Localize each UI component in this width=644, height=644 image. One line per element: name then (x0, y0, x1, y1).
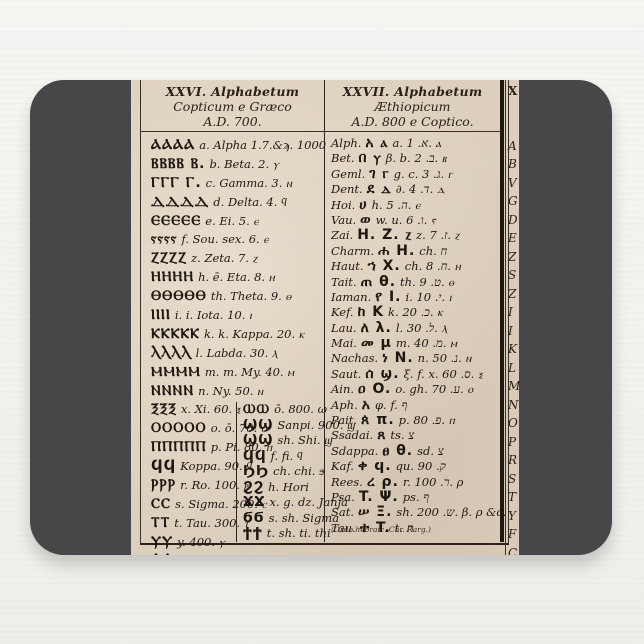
ethiopic-value: ts. צ (390, 428, 414, 443)
ethiopic-letter-name: Haut. (331, 259, 364, 274)
coptic-letter-name: ch. chi. ϧ (273, 464, 324, 480)
coptic-glyphs: ⲪⲪ (151, 552, 174, 555)
coptic-glyphs: ⲈⲈⲈⲈⲈ (151, 212, 201, 231)
partial-column-letter: O (506, 414, 520, 433)
partial-column-letter: S (506, 470, 520, 489)
coptic-glyphs: ⲂⲂⲂⲂ Ⲃ. (151, 155, 205, 174)
ethiopic-value: th. ט. 9. ⲑ (400, 275, 454, 290)
coptic-glyphs: ϤϤ (151, 457, 176, 476)
ethiopic-value: w. u. ו. 6. ⲋ (376, 213, 436, 228)
column-ethiopic: XXVII. Alphabetum Æthiopicum A.D. 800 e … (325, 80, 504, 542)
ethiopic-row: Lau.ለ λ.l. ל. 30. ⲗ (331, 321, 500, 336)
coptic-glyphs: ⲚⲚⲚⲚ (151, 382, 194, 401)
ethiopic-glyphs: ሐ H. (378, 244, 415, 259)
ethiopic-glyphs: ረ ρ. (367, 475, 399, 490)
ethiopic-value: sd. צ (417, 444, 444, 459)
coptic-row: ⲆⲆⲆⲆd. Delta. 4. ϥ (151, 193, 324, 212)
partial-column-letter: D (506, 211, 520, 230)
ethiopic-value: r. ר. 100. ρ (403, 475, 464, 490)
partial-column-letter: E (506, 229, 520, 248)
coptic-row: ⲒⲒⲒⲒi. i. Iota. 10. ⲓ (151, 306, 324, 325)
coptic-subtable: ⲰⲰō. 800. ωϢϢSanpi. 900. ϣϢϢsh. Shi. ϣϤϤ… (236, 402, 325, 542)
coptic-row: ⲈⲈⲈⲈⲈe. Ei. 5. ⲉ (151, 212, 324, 231)
coptic-glyphs: ⲀⲀⲀⲀ (151, 136, 195, 155)
ethiopic-value: ch. ח. 8. ⲏ (405, 259, 461, 274)
ethiopic-letter-name: Mai. (331, 336, 357, 351)
coptic-glyphs: ϮϮ (243, 526, 263, 542)
coptic-row: ⲂⲂⲂⲂ Ⲃ.b. Beta. 2. ⲩ (151, 155, 324, 174)
ethiopic-value: qu. ק. 90 (396, 459, 446, 474)
column-coptic: XXVI. Alphabetum Copticum e Græco A.D. 7… (141, 80, 325, 542)
coptic-row: ⲖⲖⲖⲖl. Labda. 30. ⲗ (151, 344, 324, 363)
coptic-letter-name: ō. 800. ω (274, 402, 327, 418)
footnote: (Ordo hebraic. Chr. Rarg.) (331, 525, 431, 534)
partial-column-letter: S (506, 266, 520, 285)
ethiopic-value: k. כ. 20. ⲕ (388, 305, 442, 320)
coptic-subtable-row: ϮϮt. sh. ti. thi (237, 526, 325, 542)
ethiopic-glyphs: ጸ (377, 428, 386, 443)
coptic-glyphs: ⲘⲘⲘⲘ (151, 363, 201, 382)
ethiopic-rows: Alph.አ ⲁa. א. 1. ⲁBet.በ ⲩβ. b. ב. 2. ⲃGe… (325, 132, 500, 536)
coptic-letter-name: f. fi. ϥ (271, 449, 303, 465)
ethiopic-value: h. ה. 5. ⲉ (372, 198, 421, 213)
coptic-subtable-row: ϪϪx. g. dz. Janja (237, 495, 325, 511)
coptic-subtable-row: ϦϦch. chi. ϧ (237, 464, 325, 480)
ethiopic-letter-name: Zai. (331, 228, 353, 243)
ethiopic-glyphs: ቀ ϥ. (358, 459, 392, 474)
column-coptic-header: XXVI. Alphabetum Copticum e Græco A.D. 7… (141, 80, 324, 132)
coptic-letter-name: y. 400. ⲩ (177, 533, 225, 552)
partial-column-letter: G (506, 192, 520, 211)
coptic-letter-name: e. Ei. 5. ⲉ (205, 212, 258, 231)
ethiopic-glyphs: አ ⲁ (365, 136, 388, 151)
ethiopic-glyphs: ነ N. (382, 351, 413, 366)
ethiopic-glyphs: ደ ⲇ (367, 182, 392, 197)
ethiopic-letter-name: Dent. (331, 182, 363, 197)
partial-column-letter: I (506, 303, 520, 322)
ethiopic-glyphs: ኀ X. (368, 259, 401, 274)
ethiopic-row: Zai.H. Z. ⲍz. ז. 7. ⲍ (331, 228, 500, 243)
ethiopic-glyphs: ገ ⲅ (369, 167, 389, 182)
ethiopic-glyphs: ፀ θ. (382, 444, 413, 459)
ethiopic-letter-name: Alph. (331, 136, 361, 151)
ethiopic-letter-name: Ain. (331, 382, 354, 397)
coptic-letter-name: n. Ny. 50. ⲛ (198, 382, 263, 401)
partial-column-letter: T (506, 488, 520, 507)
coptic-glyphs: ⲌⲌⲌⲌ (151, 249, 187, 268)
coptic-glyphs: ⲦⲦ (151, 514, 170, 533)
partial-column-letter: B (506, 155, 520, 174)
ethiopic-value: p. פ. 80. ⲡ (399, 413, 455, 428)
ethiopic-row: Hoi.ሀh. ה. 5. ⲉ (331, 198, 500, 213)
ethiopic-value: ξ. f. x. ס. 60. ⲝ (404, 367, 483, 382)
coptic-glyphs: ⲄⲄⲄ Ⲅ. (151, 174, 202, 193)
partial-column-letter: Z (506, 285, 520, 304)
coptic-row: ⲀⲀⲀⲀa. Alpha 1.7.&ϡ. 1000 (151, 136, 324, 155)
coptic-letter-name: x. Xi. 60. ⲝ (181, 400, 240, 419)
coptic-row: ⲋⲋⲋⲋf. Sou. sex. 6. ⲉ (151, 230, 324, 249)
coptic-letter-name: k. k. Kappa. 20. ⲕ (204, 325, 304, 344)
coptic-letter-name: m. m. My. 40. ⲙ (205, 363, 294, 382)
ethiopic-letter-name: Rees. (331, 475, 363, 490)
coptic-glyphs: ϪϪ (243, 495, 266, 511)
ethiopic-letter-name: Charm. (331, 244, 374, 259)
coptic-glyphs: ϨϨ (243, 480, 264, 496)
coptic-letter-name: d. Delta. 4. ϥ (213, 193, 287, 212)
coptic-subtable-row: ϢϢsh. Shi. ϣ (237, 433, 325, 449)
ethiopic-letter-name: Sdappa. (331, 444, 378, 459)
partial-column-letter: Y (506, 507, 520, 526)
coptic-row: ⲎⲎⲎⲎh. ē. Eta. 8. ⲏ (151, 268, 324, 287)
ethiopic-value: m. מ. 40. ⲙ (396, 336, 457, 351)
coptic-glyphs: ⲒⲒⲒⲒ (151, 306, 171, 325)
coptic-letter-name: t. sh. ti. thi (267, 526, 331, 542)
ethiopic-row: Dent.ደ ⲇ∂. ד. 4. ⲇ (331, 182, 500, 197)
coptic-letter-name: h. ē. Eta. 8. ⲏ (198, 268, 275, 287)
coptic-row: ⲔⲔⲔⲔⲔk. k. Kappa. 20. ⲕ (151, 325, 324, 344)
ethiopic-value: g. c. ג. 3. ⲅ (394, 167, 453, 182)
ethiopic-glyphs: ጠ θ. (361, 275, 396, 290)
coptic-letter-name: ph. Phi. 500. ⲫ (178, 552, 262, 555)
ethiopic-letter-name: Bet. (331, 151, 355, 166)
coptic-glyphs: ϢϢ (243, 433, 273, 449)
ethiopic-row: Aph.አφ. f. ף (331, 398, 500, 413)
partial-column-letter: F (506, 525, 520, 544)
coptic-glyphs: ⲐⲐⲐⲐⲐ (151, 287, 207, 306)
coptic-glyphs: ϦϦ (243, 464, 269, 480)
coptic-glyphs: ⲨⲨ (151, 533, 173, 552)
ethiopic-letter-name: Vau. (331, 213, 356, 228)
ethiopic-letter-name: Lau. (331, 321, 357, 336)
coptic-glyphs: ⲤⲤ (151, 495, 171, 514)
ethiopic-letter-name: Nachas. (331, 351, 378, 366)
ethiopic-value: i. י. 10. ⲓ (405, 290, 451, 305)
coptic-subtable-row: ϬϬs. sh. Sigma (237, 511, 325, 527)
partial-column-letter: I (506, 322, 520, 341)
alphabet-print: XXVI. Alphabetum Copticum e Græco A.D. 7… (131, 80, 519, 555)
coptic-glyphs: ⲰⲰ (243, 402, 270, 418)
coptic-letter-name: i. i. Iota. 10. ⲓ (175, 306, 252, 325)
column-ethiopic-title: XXVII. Alphabetum (325, 84, 500, 99)
ethiopic-row: Kef.ከ Kk. כ. 20. ⲕ (331, 305, 500, 320)
partial-column-letter: N (506, 396, 520, 415)
ethiopic-row: Sat.ሠ Ξ.sh. ש. 200. β. ρ &c. (331, 505, 500, 520)
coptic-letter-name: h. Hori (268, 480, 309, 496)
ethiopic-row: Ain.ዐ O.o. gh. ע. 70. ⲟ (331, 382, 500, 397)
ethiopic-letter-name: Kaf. (331, 459, 354, 474)
partial-column-letter: M (506, 377, 520, 396)
ethiopic-letter-name: Pait. (331, 413, 357, 428)
partial-column-letter: L (506, 359, 520, 378)
ethiopic-glyphs: በ ⲩ (359, 151, 382, 166)
coptic-row: ⲌⲌⲌⲌz. Zeta. 7. ⲍ (151, 249, 324, 268)
ethiopic-glyphs: ለ λ. (361, 321, 392, 336)
ethiopic-row: Psa.T. Ψ.ps. ף (331, 490, 500, 505)
ethiopic-glyphs: ወ (360, 213, 371, 228)
coptic-letter-name: a. Alpha 1.7.&ϡ. 1000 (199, 136, 326, 155)
ethiopic-letter-name: Ssadai. (331, 428, 373, 443)
ethiopic-value: ch. ח (419, 244, 447, 259)
column-coptic-date: A.D. 700. (141, 114, 324, 129)
ethiopic-glyphs: ከ K (358, 305, 384, 320)
ethiopic-glyphs: H. Z. ⲍ (357, 228, 412, 243)
ethiopic-row: Tait.ጠ θ.th. ט. 9. ⲑ (331, 275, 500, 290)
partial-column: X ABVGDEZSZIIKLMNOPRSTYFCC (505, 80, 520, 555)
mousepad: XXVI. Alphabetum Copticum e Græco A.D. 7… (30, 80, 612, 555)
ethiopic-row: Haut.ኀ X.ch. ח. 8. ⲏ (331, 259, 500, 274)
ethiopic-row: Sdappa.ፀ θ.sd. צ (331, 444, 500, 459)
partial-column-title: X (506, 80, 520, 101)
ethiopic-value: φ. f. ף (375, 398, 408, 413)
coptic-glyphs: ⲎⲎⲎⲎ (151, 268, 194, 287)
partial-column-letter: V (506, 174, 520, 193)
ethiopic-row: Vau.ወw. u. ו. 6. ⲋ (331, 213, 500, 228)
ethiopic-letter-name: Aph. (331, 398, 358, 413)
ethiopic-glyphs: መ μ (361, 336, 392, 351)
ethiopic-glyphs: የ I. (375, 290, 401, 305)
ethiopic-row: Charm.ሐ H.ch. ח (331, 244, 500, 259)
ethiopic-glyphs: ሀ (359, 198, 367, 213)
coptic-glyphs: ⲠⲠⲠⲠⲠ (151, 438, 207, 457)
ethiopic-value: l. ל. 30. ⲗ (396, 321, 447, 336)
ethiopic-row: Pait.ጰ π.p. פ. 80. ⲡ (331, 413, 500, 428)
partial-column-letter: K (506, 340, 520, 359)
ethiopic-value: ps. ף (403, 490, 430, 505)
ethiopic-glyphs: ጰ π. (361, 413, 395, 428)
ethiopic-glyphs: T. Ψ. (359, 490, 399, 505)
ethiopic-row: Bet.በ ⲩβ. b. ב. 2. ⲃ (331, 151, 500, 166)
ethiopic-letter-name: Saut. (331, 367, 361, 382)
coptic-glyphs: ⲢⲢⲢ (151, 476, 176, 495)
ethiopic-value: z. ז. 7. ⲍ (416, 228, 459, 243)
ethiopic-letter-name: Psa. (331, 490, 355, 505)
coptic-glyphs: ϬϬ (243, 511, 265, 527)
coptic-letter-name: c. Gamma. 3. ⲛ (206, 174, 292, 193)
ethiopic-row: Ssadai.ጸts. צ (331, 428, 500, 443)
column-ethiopic-date: A.D. 800 e Coptico. (325, 114, 500, 129)
partial-column-letter: P (506, 433, 520, 452)
ethiopic-value: o. gh. ע. 70. ⲟ (395, 382, 473, 397)
ethiopic-value: sh. ש. 200. β. ρ &c. (396, 505, 506, 520)
partial-column-rows: ABVGDEZSZIIKLMNOPRSTYFCC (506, 101, 520, 556)
ethiopic-letter-name: Hoi. (331, 198, 355, 213)
coptic-letter-name: b. Beta. 2. ⲩ (209, 155, 278, 174)
coptic-row: ⲄⲄⲄ Ⲅ.c. Gamma. 3. ⲛ (151, 174, 324, 193)
ethiopic-glyphs: አ (362, 398, 371, 413)
coptic-glyphs: ϤϤ (243, 449, 267, 465)
coptic-letter-name: z. Zeta. 7. ⲍ (191, 249, 257, 268)
ethiopic-letter-name: Sat. (331, 505, 354, 520)
column-ethiopic-header: XXVII. Alphabetum Æthiopicum A.D. 800 e … (325, 80, 500, 132)
coptic-subtable-row: ϤϤf. fi. ϥ (237, 449, 325, 465)
ethiopic-row: Nachas.ነ N.n. נ. 50. ⲛ (331, 351, 500, 366)
coptic-row: ⲘⲘⲘⲘm. m. My. 40. ⲙ (151, 363, 324, 382)
coptic-row: ⲚⲚⲚⲚn. Ny. 50. ⲛ (151, 382, 324, 401)
ethiopic-value: ∂. ד. 4. ⲇ (396, 182, 445, 197)
coptic-row: ϤϤKoppa. 90. ϥ (151, 457, 231, 476)
ethiopic-value: a. א. 1. ⲁ (393, 136, 442, 151)
ethiopic-row: Rees.ረ ρ.r. ר. 100. ρ (331, 475, 500, 490)
coptic-row: ⲐⲐⲐⲐⲐth. Theta. 9. ⲑ (151, 287, 324, 306)
partial-column-letter: Z (506, 248, 520, 267)
ethiopic-letter-name: Tait. (331, 275, 357, 290)
partial-column-letter: C (506, 544, 520, 556)
column-coptic-subtitle: Copticum e Græco (141, 99, 324, 114)
ethiopic-row: Geml.ገ ⲅg. c. ג. 3. ⲅ (331, 167, 500, 182)
ethiopic-row: Saut.ሰ ϣ.ξ. f. x. ס. 60. ⲝ (331, 367, 500, 382)
coptic-glyphs: ⲋⲋⲋⲋ (151, 230, 178, 249)
coptic-row: ⲢⲢⲢr. Ro. 100. ⲣ (151, 476, 231, 495)
ethiopic-row: Kaf.ቀ ϥ.qu. ק. 90 (331, 459, 500, 474)
coptic-row: ⲤⲤs. Sigma. 200. ⲥ (151, 495, 231, 514)
coptic-letter-name: f. Sou. sex. 6. ⲉ (182, 230, 269, 249)
ethiopic-letter-name: Iaman. (331, 290, 371, 305)
coptic-glyphs: ⲜⲜⲜ (151, 400, 177, 419)
coptic-row: ⲨⲨy. 400. ⲩ (151, 533, 231, 552)
coptic-glyphs: ⲖⲖⲖⲖ (151, 344, 192, 363)
coptic-subtable-row: ϨϨh. Hori (237, 480, 325, 496)
coptic-row: ⲪⲪph. Phi. 500. ⲫ (151, 552, 231, 555)
ethiopic-glyphs: ሠ Ξ. (358, 505, 392, 520)
partial-column-letter: R (506, 451, 520, 470)
ethiopic-row: Iaman.የ I.i. י. 10. ⲓ (331, 290, 500, 305)
ethiopic-row: Mai.መ μm. מ. 40. ⲙ (331, 336, 500, 351)
ethiopic-letter-name: Geml. (331, 167, 365, 182)
ethiopic-value: β. b. ב. 2. ⲃ (386, 151, 447, 166)
column-coptic-title: XXVI. Alphabetum (141, 84, 324, 99)
ethiopic-glyphs: ዐ O. (358, 382, 391, 397)
coptic-letter-name: l. Labda. 30. ⲗ (196, 344, 278, 363)
ethiopic-row: Alph.አ ⲁa. א. 1. ⲁ (331, 136, 500, 151)
ethiopic-letter-name: Kef. (331, 305, 354, 320)
coptic-subtable-row: ⲰⲰō. 800. ω (237, 402, 325, 418)
coptic-subtable-row: ϢϢSanpi. 900. ϣ (237, 418, 325, 434)
ethiopic-value: n. נ. 50. ⲛ (418, 351, 472, 366)
coptic-row: ⲦⲦt. Tau. 300. ⲧ (151, 514, 231, 533)
coptic-glyphs: ⲔⲔⲔⲔⲔ (151, 325, 200, 344)
ethiopic-glyphs: ሰ ϣ. (365, 367, 399, 382)
coptic-glyphs: ⲆⲆⲆⲆ (151, 193, 209, 212)
coptic-letter-name: th. Theta. 9. ⲑ (211, 287, 291, 306)
coptic-glyphs: ϢϢ (243, 418, 273, 434)
column-ethiopic-subtitle: Æthiopicum (325, 99, 500, 114)
coptic-glyphs: ⲞⲞⲞⲞⲞ (151, 419, 207, 438)
partial-column-letter: A (506, 137, 520, 156)
